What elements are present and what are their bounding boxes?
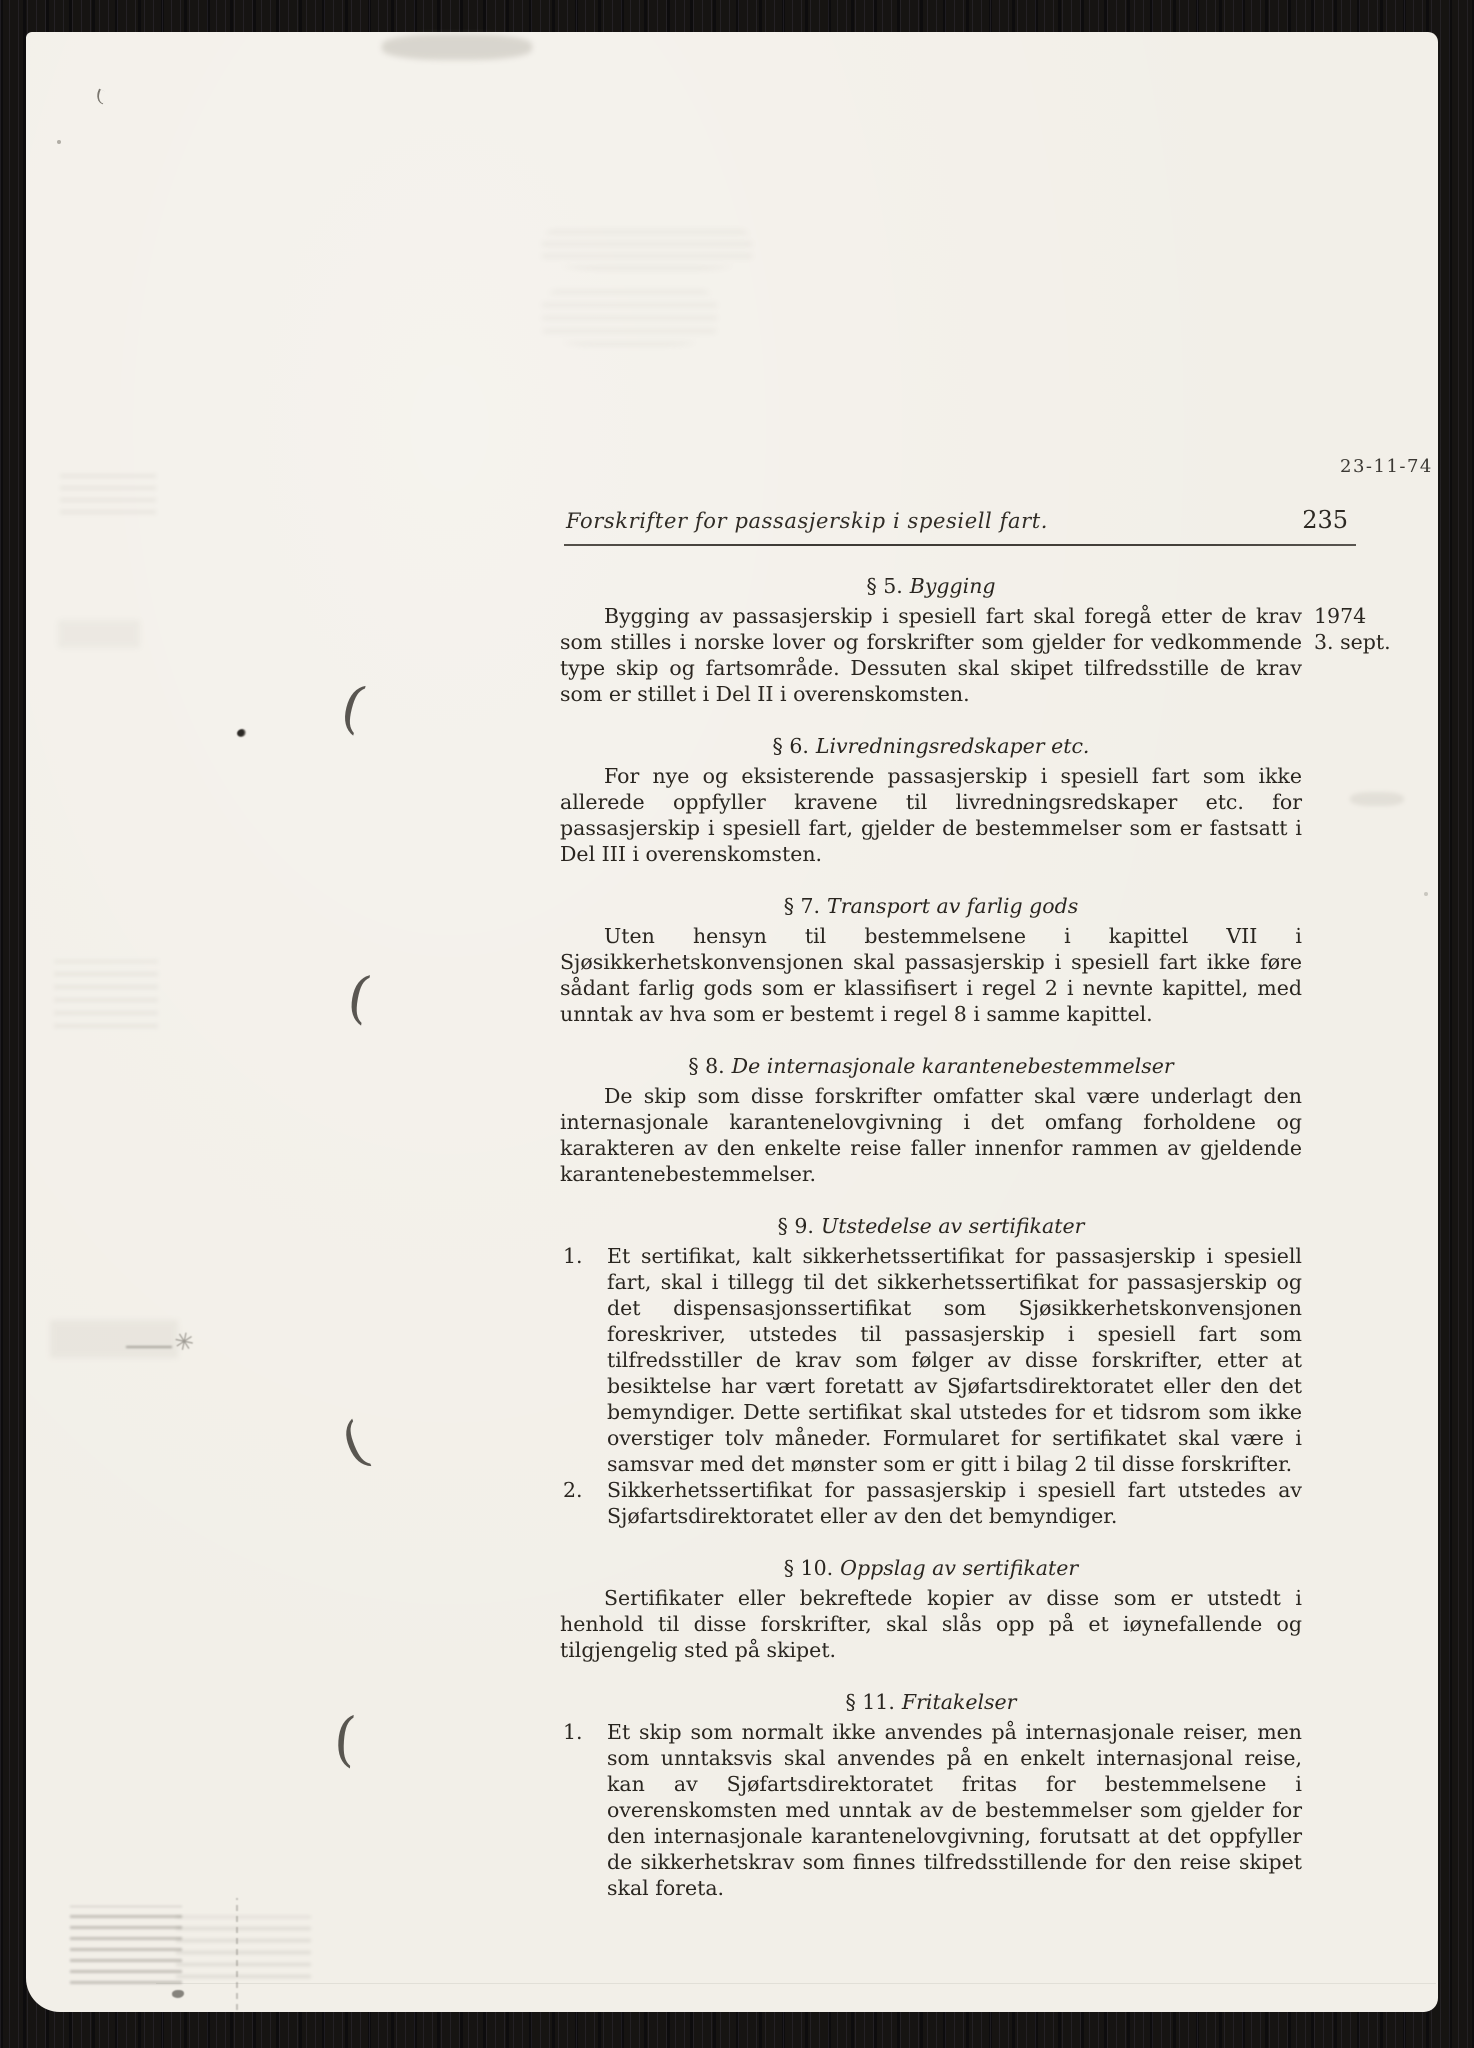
pencil-asterisk: ✳ xyxy=(171,1326,196,1358)
section-heading: § 11.Fritakelser xyxy=(560,1689,1302,1715)
section-heading: § 9.Utstedelse av sertifikater xyxy=(560,1213,1302,1239)
pencil-curl-mark xyxy=(94,89,108,105)
section-number: § 11. xyxy=(846,1690,895,1714)
ink-dot xyxy=(237,729,246,737)
list-item-number: 2. xyxy=(563,1477,583,1503)
section-paragraph: For nye og eksisterende passasjerskip i … xyxy=(560,763,1302,867)
list-item: 1. Et sertifikat, kalt sikkerhetssertifi… xyxy=(560,1243,1302,1477)
section-number: § 5. xyxy=(866,574,902,598)
bleed-through-text xyxy=(542,224,752,270)
section-heading: § 5.Bygging xyxy=(560,573,1302,599)
pencil-parenthesis-mark: ( xyxy=(332,1710,358,1770)
section-title: Bygging xyxy=(910,574,996,598)
ink-speck xyxy=(172,1990,184,1998)
section-paragraph: Bygging av passasjerskip i spesiell fart… xyxy=(560,603,1302,707)
bleed-through-text xyxy=(58,620,140,648)
pencil-parenthesis-mark: ( xyxy=(343,969,374,1028)
list-item-number: 1. xyxy=(563,1719,583,1745)
list-item: 1. Et skip som normalt ikke anvendes på … xyxy=(560,1719,1302,1901)
section-title: Fritakelser xyxy=(902,1690,1017,1714)
document-page: 23-11-74 Forskrifter for passasjerskip i… xyxy=(26,32,1438,2012)
scanner-background: 23-11-74 Forskrifter for passasjerskip i… xyxy=(0,0,1474,2048)
section-number: § 7. xyxy=(784,894,820,918)
margin-note-year: 1974 xyxy=(1314,603,1454,629)
section-paragraph: Sertifikater eller bekreftede kopier av … xyxy=(560,1585,1302,1663)
paper-speck xyxy=(1424,892,1428,896)
list-item-number: 1. xyxy=(563,1243,583,1269)
section-title: Utstedelse av sertifikater xyxy=(821,1214,1084,1238)
pencil-parenthesis-mark: ( xyxy=(336,678,371,738)
smudge-top xyxy=(382,34,532,60)
section-title: Transport av farlig gods xyxy=(827,894,1078,918)
bleed-through-text xyxy=(176,1916,311,1978)
section-heading: § 6.Livredningsredskaper etc. xyxy=(560,733,1302,759)
fold-line xyxy=(236,1898,238,2010)
header-rule xyxy=(564,544,1356,546)
pencil-parenthesis-mark: ( xyxy=(334,1414,375,1474)
section-title: Oppslag av sertifikater xyxy=(840,1556,1078,1580)
paragraph-text: Bygging av passasjerskip i spesiell fart… xyxy=(560,604,1302,706)
section-title: De internasjonale karantenebestemmelser xyxy=(732,1054,1174,1078)
section-paragraph: Uten hensyn til bestemmelsene i kapittel… xyxy=(560,923,1302,1027)
bleed-through-text xyxy=(70,1906,182,1984)
bleed-through-text xyxy=(542,284,717,346)
ghost-rule xyxy=(156,1983,1436,1984)
list-item-text: Et sertifikat, kalt sikkerhetssertifikat… xyxy=(607,1244,1302,1476)
margin-note-date: 3. sept. xyxy=(1314,629,1454,655)
bleed-through-text xyxy=(54,960,158,1028)
text-block: § 5.Bygging Bygging av passasjerskip i s… xyxy=(560,573,1302,1901)
pencil-dash xyxy=(126,1346,172,1348)
running-header: Forskrifter for passasjerskip i spesiell… xyxy=(566,506,1348,534)
pencil-scribble: ✳ xyxy=(126,1328,216,1362)
section-heading: § 7.Transport av farlig gods xyxy=(560,893,1302,919)
section-number: § 8. xyxy=(688,1054,724,1078)
section-title: Livredningsredskaper etc. xyxy=(816,734,1090,758)
section-number: § 6. xyxy=(773,734,809,758)
section-heading: § 10.Oppslag av sertifikater xyxy=(560,1555,1302,1581)
bleed-through-text xyxy=(60,468,156,514)
list-item-text: Sikkerhetssertifikat for passasjerskip i… xyxy=(607,1478,1302,1528)
section-number: § 9. xyxy=(778,1214,814,1238)
section-heading: § 8.De internasjonale karantenebestemmel… xyxy=(560,1053,1302,1079)
paper-speck xyxy=(57,140,61,144)
section-number: § 10. xyxy=(784,1556,833,1580)
bleed-through-text xyxy=(1350,792,1404,806)
running-title: Forskrifter for passasjerskip i spesiell… xyxy=(566,509,1048,533)
list-item-text: Et skip som normalt ikke anvendes på int… xyxy=(607,1720,1302,1900)
page-number: 235 xyxy=(1302,506,1348,534)
section-paragraph: De skip som disse forskrifter omfatter s… xyxy=(560,1083,1302,1187)
margin-note: 1974 3. sept. xyxy=(1314,603,1454,655)
scan-date-code: 23-11-74 xyxy=(1340,456,1460,477)
list-item: 2. Sikkerhetssertifikat for passasjerski… xyxy=(560,1477,1302,1529)
